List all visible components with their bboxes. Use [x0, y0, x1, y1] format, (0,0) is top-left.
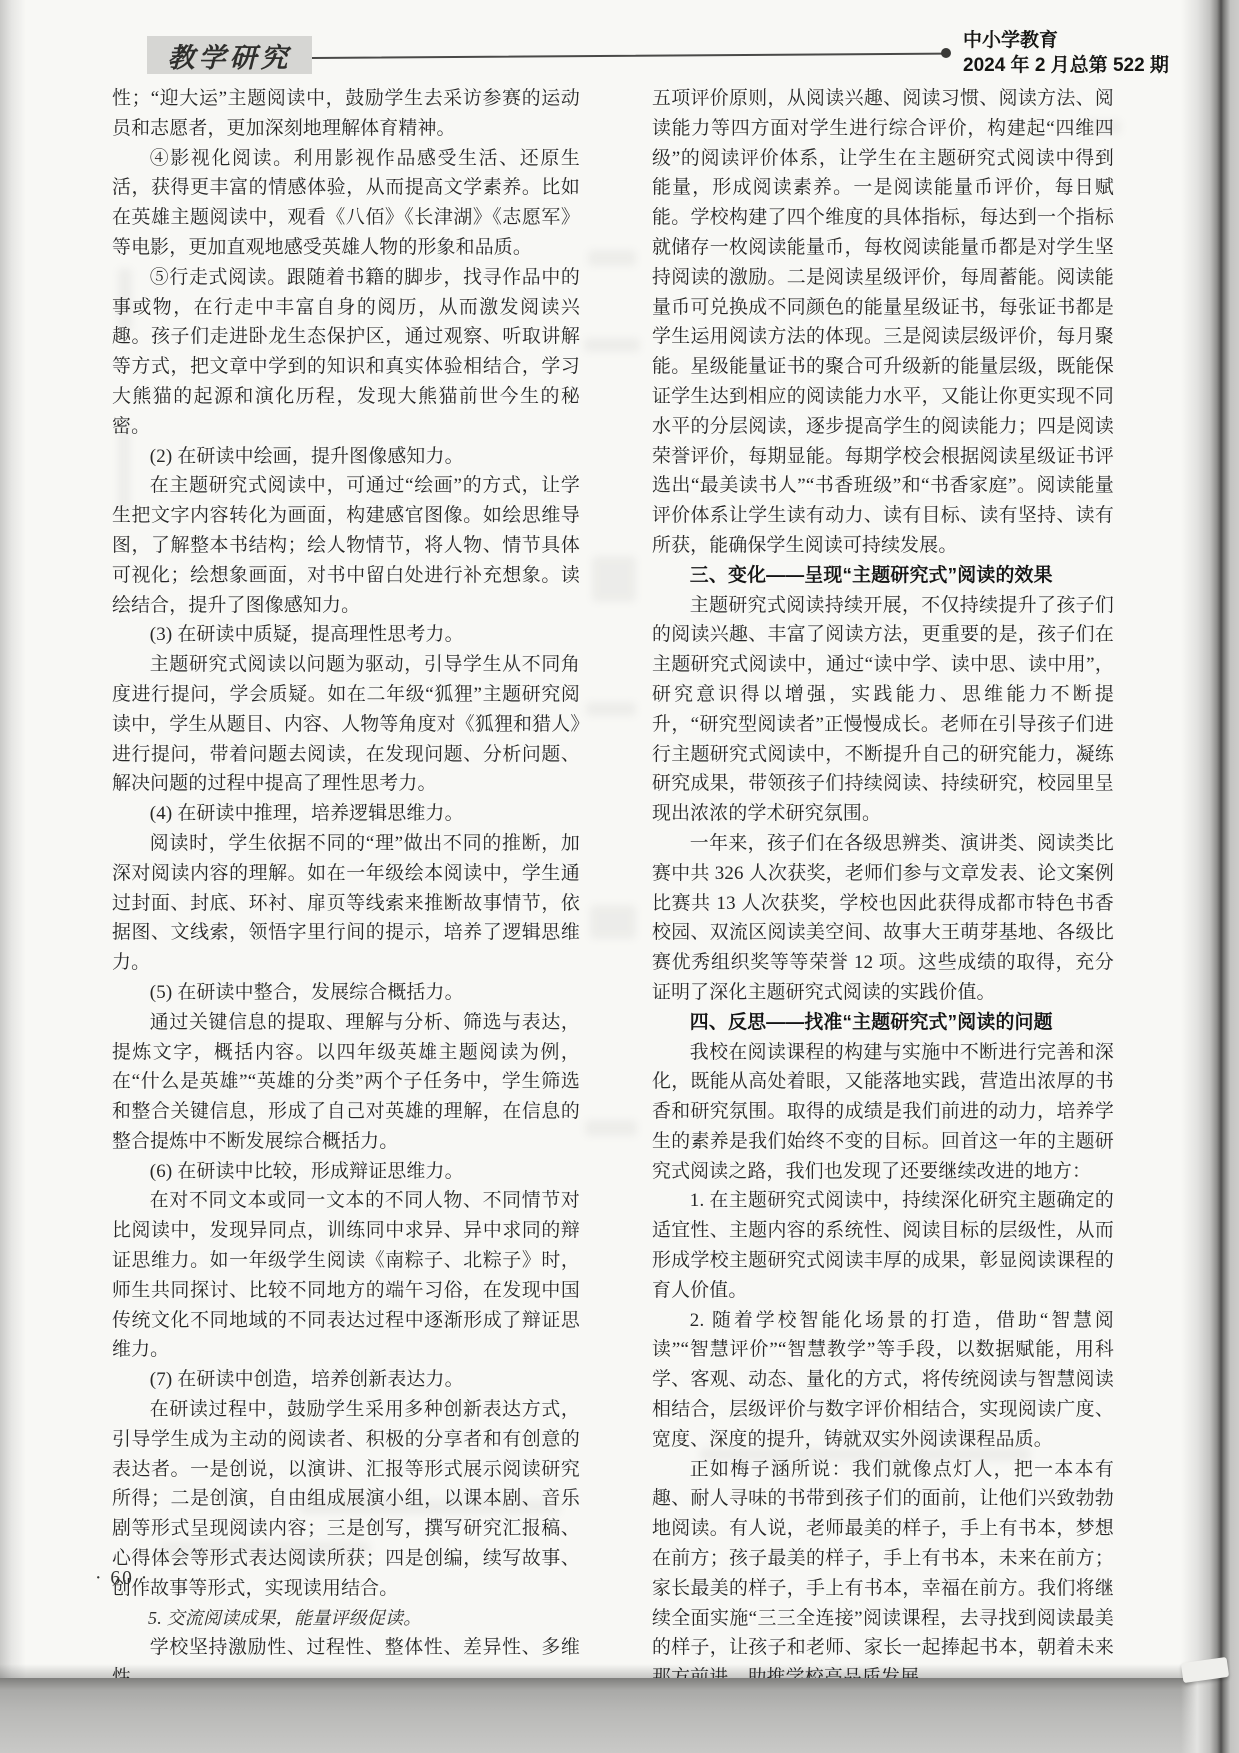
paragraph: (3) 在研读中质疑，提高理性思考力。 [112, 620, 580, 650]
section-label-box: 教学研究 [147, 36, 312, 74]
paragraph: 一年来，孩子们在各级思辨类、演讲类、阅读类比赛中共 326 人次获奖，老师们参与… [652, 829, 1114, 1008]
paragraph: 阅读时，学生依据不同的“理”做出不同的推断，加深对阅读内容的理解。如在一年级绘本… [112, 829, 580, 978]
bleed-through-artifact [585, 1120, 637, 1136]
paragraph: (2) 在研读中绘画，提升图像感知力。 [112, 442, 580, 472]
page-number: · 60 · [95, 1568, 149, 1590]
header-rule [311, 53, 945, 60]
paragraph: ④影视化阅读。利用影视作品感受生活、还原生活，获得更丰富的情感体验，从而提高文学… [112, 144, 580, 263]
paragraph: (6) 在研读中比较，形成辩证思维力。 [112, 1157, 580, 1187]
bleed-through-artifact [588, 250, 636, 266]
paragraph: 2. 随着学校智能化场景的打造，借助“智慧阅读”“智慧评价”“智慧教学”等手段，… [652, 1306, 1114, 1455]
paragraph: 5. 交流阅读成果，能量评级促读。 [112, 1604, 580, 1634]
journal-name: 中小学教育 [963, 28, 1169, 53]
paragraph: 主题研究式阅读以问题为驱动，引导学生从不同角度进行提问，学会质疑。如在二年级“狐… [112, 650, 580, 799]
paragraph: 五项评价原则，从阅读兴趣、阅读习惯、阅读方法、阅读能力等四方面对学生进行综合评价… [652, 84, 1114, 561]
paragraph: (7) 在研读中创造，培养创新表达力。 [112, 1365, 580, 1395]
paragraph: 性；“迎大运”主题阅读中，鼓励学生去采访参赛的运动员和志愿者，更加深刻地理解体育… [112, 84, 580, 144]
bullet-dot-icon [941, 48, 951, 58]
paragraph: 通过关键信息的提取、理解与分析、筛选与表达，提炼文字，概括内容。以四年级英雄主题… [112, 1008, 580, 1157]
scan-left-edge [0, 0, 26, 1753]
paragraph: 在研读过程中，鼓励学生采用多种创新表达方式，引导学生成为主动的阅读者、积极的分享… [112, 1395, 580, 1604]
paragraph: 在对不同文本或同一文本的不同人物、不同情节对比阅读中，发现异同点，训练同中求异、… [112, 1186, 580, 1365]
scan-bottom-edge [0, 1678, 1239, 1753]
paragraph: 我校在阅读课程的构建与实施中不断进行完善和深化，既能从高处着眼，又能落地实践，营… [652, 1038, 1114, 1187]
page-bottom-shadow [0, 1664, 1239, 1678]
bleed-through-artifact [590, 905, 636, 939]
paragraph: 在主题研究式阅读中，可通过“绘画”的方式，让学生把文字内容转化为画面，构建感官图… [112, 471, 580, 620]
section-heading: 三、变化——呈现“主题研究式”阅读的效果 [652, 561, 1114, 591]
section-label: 教学研究 [168, 36, 292, 75]
section-heading: 四、反思——找准“主题研究式”阅读的问题 [652, 1008, 1114, 1038]
paragraph: 1. 在主题研究式阅读中，持续深化研究主题确定的适宜性、主题内容的系统性、阅读目… [652, 1186, 1114, 1305]
left-column: 性；“迎大运”主题阅读中，鼓励学生去采访参赛的运动员和志愿者，更加深刻地理解体育… [112, 84, 580, 1693]
issue-info: 2024 年 2 月总第 522 期 [963, 53, 1169, 78]
paragraph: 主题研究式阅读持续开展，不仅持续提升了孩子们的阅读兴趣、丰富了阅读方法，更重要的… [652, 591, 1114, 829]
bleed-through-artifact [592, 556, 636, 602]
bleed-through-artifact [584, 338, 640, 352]
scanned-page: 教学研究 中小学教育 2024 年 2 月总第 522 期 性；“迎大运”主题阅… [0, 0, 1239, 1753]
paragraph: (4) 在研读中推理，培养逻辑思维力。 [112, 799, 580, 829]
bleed-through-artifact [586, 702, 636, 716]
paragraph: 正如梅子涵所说：我们就像点灯人，把一本本有趣、耐人寻味的书带到孩子们的面前，让他… [652, 1455, 1114, 1693]
book-spine-edge [1181, 0, 1239, 1753]
paragraph: (5) 在研读中整合，发展综合概括力。 [112, 978, 580, 1008]
journal-header: 中小学教育 2024 年 2 月总第 522 期 [963, 28, 1169, 78]
paragraph: ⑤行走式阅读。跟随着书籍的脚步，找寻作品中的事或物，在行走中丰富自身的阅历，从而… [112, 263, 580, 442]
right-column: 五项评价原则，从阅读兴趣、阅读习惯、阅读方法、阅读能力等四方面对学生进行综合评价… [652, 84, 1114, 1693]
